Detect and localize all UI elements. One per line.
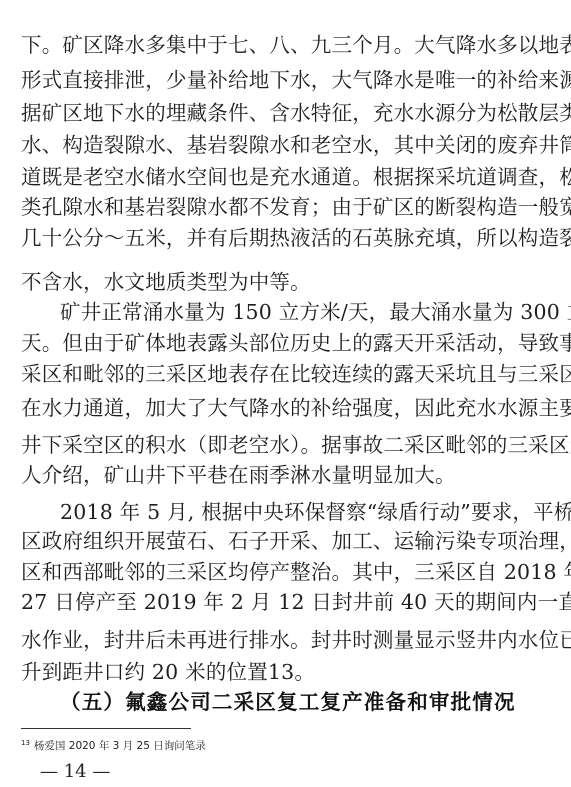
- paragraph-2-line-4: 在水力通道，加大了大气降水的补给强度，因此充水水源主要考虑: [21, 394, 521, 422]
- paragraph-3-line-1: 2018 年 5 月, 根据中央环保督察“绿盾行动”要求，平桥区委: [60, 498, 521, 526]
- paragraph-2-line-6: 人介绍，矿山井下平巷在雨季淋水量明显加大。: [21, 461, 521, 489]
- paragraph-1-line-7: 几十公分～五米，并有后期热液活的石英脉充填，所以构造裂隙也: [21, 224, 521, 252]
- section-heading: （五）氟鑫公司二采区复工复产准备和审批情况: [60, 688, 516, 716]
- paragraph-3-line-4: 27 日停产至 2019 年 2 月 12 日封井前 40 天的期间内一直在进行…: [21, 588, 521, 616]
- paragraph-1-line-5: 道既是老空水储水空间也是充水通道。根据探采坑道调查，松散层: [21, 163, 521, 191]
- paragraph-3-line-5: 水作业，封井后未再进行排水。封井时测量显示竖井内水位已经上: [21, 626, 521, 654]
- document-page: 下。矿区降水多集中于七、八、九三个月。大气降水多以地表水的 形式直接排泄，少量补…: [0, 0, 571, 787]
- footnote-divider: [21, 728, 191, 729]
- paragraph-2-line-5: 井下采空区的积水（即老空水）。据事故二采区毗邻的三采区负责: [21, 431, 521, 459]
- paragraph-1-line-6: 类孔隙水和基岩裂隙水都不发育；由于矿区的断裂构造一般宽度为: [21, 193, 521, 221]
- paragraph-2-line-1: 矿井正常涌水量为 150 立方米/天，最大涌水量为 300 立方米/: [60, 298, 521, 326]
- paragraph-2-line-3: 采区和毗邻的三采区地表存在比较连续的露天采坑且与三采区存: [21, 360, 521, 388]
- paragraph-1-line-3: 据矿区地下水的埋藏条件、含水特征，充水水源分为松散层类孔隙: [21, 99, 521, 127]
- paragraph-2-line-2: 天。但由于矿体地表露头部位历史上的露天开采活动，导致事故二: [21, 329, 521, 357]
- footnote-text: 杨爱国 2020 年 3 月 25 日询问笔录: [34, 740, 206, 752]
- paragraph-3-line-2: 区政府组织开展萤石、石子开采、加工、运输污染专项治理，二采: [21, 527, 521, 555]
- footnote-number: 13: [21, 739, 30, 747]
- footnote: 13杨爱国 2020 年 3 月 25 日询问笔录: [21, 736, 206, 753]
- page-number: — 14 —: [40, 760, 110, 784]
- paragraph-1-line-2: 形式直接排泄，少量补给地下水，大气降水是唯一的补给来源。根: [21, 66, 521, 94]
- paragraph-3-line-6: 升到距井口约 20 米的位置13。: [21, 658, 521, 686]
- paragraph-1-line-1: 下。矿区降水多集中于七、八、九三个月。大气降水多以地表水的: [21, 31, 521, 59]
- paragraph-1-line-4: 水、构造裂隙水、基岩裂隙水和老空水，其中关闭的废弃井筒和巷: [21, 131, 521, 159]
- paragraph-1-line-8: 不含水，水文地质类型为中等。: [21, 268, 521, 296]
- paragraph-3-line-3: 区和西部毗邻的三采区均停产整治。其中，三采区自 2018 年 5 月: [21, 558, 521, 586]
